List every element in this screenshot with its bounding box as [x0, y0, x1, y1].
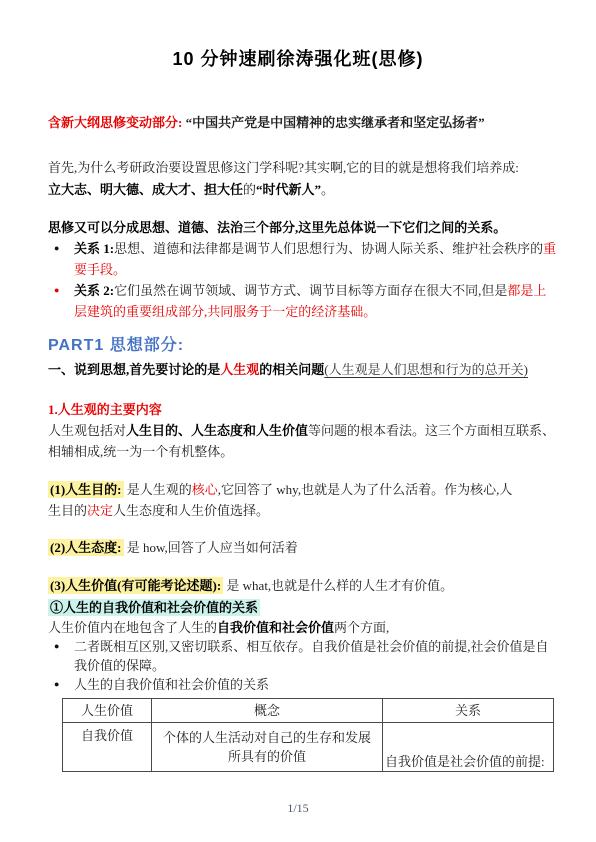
relation-item-1: 关系 1:思想、道德和法律都是调节人们思想行为、协调人际关系、维护社会秩序的重 … [48, 238, 548, 280]
bullet-icon [54, 238, 74, 280]
life-attitude-item: (2)人生态度: 是 how,回答了人应当如何活着 [48, 537, 548, 558]
life-purpose-text-a: 是人生观的 [127, 482, 192, 497]
table-header-life-value: 人生价值 [63, 699, 152, 723]
relation-1-red-start: 重 [543, 241, 556, 256]
value-contains-line: 人生价值内在地包含了人生的自我价值和社会价值两个方面, [48, 618, 548, 637]
relation-2-red-start: 都是上 [507, 283, 546, 298]
life-purpose-item: (1)人生目的: 是人生观的核心,它回答了 why,也就是人为了什么活着。作为核… [48, 479, 548, 521]
relation-1-text: 思想、道德和法律都是调节人们思想行为、协调人际关系、维护社会秩序的 [114, 241, 543, 256]
bullet-icon-red [54, 280, 74, 322]
values-table: 人生价值 概念 关系 自我价值 个体的人生活动对自己的生存和发展 所具有的价值 … [62, 698, 554, 772]
life-purpose-core-red: 核心 [192, 482, 218, 497]
life-view-line-1: 人生观包括对人生目的、人生态度和人生价值等问题的根本看法。这三个方面相互联系、 [48, 420, 548, 441]
bullet-icon [54, 637, 74, 675]
intro-line-2-end: 。 [321, 182, 334, 197]
table-cell-concept: 个体的人生活动对自己的生存和发展 所具有的价值 [152, 723, 383, 772]
table-row-self-value: 自我价值 个体的人生活动对自己的生存和发展 所具有的价值 自我价值是社会价值的前… [63, 723, 554, 772]
life-value-label-highlight: (3)人生价值(有可能考论述题): [48, 577, 223, 594]
life-view-post: 等问题的根本看法。这三个方面相互联系、 [308, 423, 555, 438]
relation-1-line-2: 要手段。 [74, 259, 548, 280]
table-cell-relation: 自我价值是社会价值的前提: [383, 723, 554, 772]
section-1-post: 的相关问题 [259, 362, 324, 377]
life-view-bold: 人生目的、人生态度和人生价值 [126, 423, 308, 438]
value-bullet-1: 二者既相互区别,又密切联系、相互依存。自我价值是社会价值的前提,社会价值是自 我… [48, 637, 548, 675]
intro-line-1: 首先,为什么考研政治要设置思修这门学科呢?其实啊,它的目的就是想将我们培养成: [48, 157, 548, 179]
concept-line-1: 个体的人生活动对自己的生存和发展 [152, 728, 382, 747]
life-attitude-text: 是 how,回答了人应当如何活着 [127, 540, 298, 555]
new-outline-label: 含新大纲思修变动部分: [48, 115, 182, 130]
value-bullet-1-line-2: 我价值的保障。 [74, 656, 548, 675]
table-cell-self-value: 自我价值 [63, 723, 152, 772]
life-purpose-line-1: (1)人生目的: 是人生观的核心,它回答了 why,也就是人为了什么活着。作为核… [48, 479, 548, 500]
relation-2-line-1: 关系 2:它们虽然在调节领域、调节方式、调节目标等方面存在很大不同,但是都是上 [74, 280, 548, 301]
life-attitude-label-highlight: (2)人生态度: [48, 539, 124, 556]
section-1-pre: 一、说到思想,首先要讨论的是 [48, 362, 220, 377]
life-purpose-label-highlight: (1)人生目的: [48, 481, 124, 498]
self-social-value-section: 人生价值内在地包含了人生的自我价值和社会价值两个方面, 二者既相互区别,又密切联… [48, 618, 548, 694]
page-title: 10 分钟速刷徐涛强化班(思修) [48, 0, 548, 72]
intro-line-2: 立大志、明大德、成大才、担大任的“时代新人”。 [48, 179, 548, 201]
life-purpose-decide-red: 决定 [87, 503, 113, 518]
life-view-line-2: 相辅相成,统一为一个有机整体。 [48, 441, 548, 462]
relation-2-line-2: 层建筑的重要组成部分,共同服务于一定的经济基础。 [74, 301, 548, 322]
value-contains-post: 两个方面, [334, 620, 389, 635]
new-era-person-bold: “时代新人” [256, 182, 321, 197]
bullet-icon [54, 675, 74, 694]
table-header-concept: 概念 [152, 699, 383, 723]
new-outline-note: 含新大纲思修变动部分: “中国共产党是中国精神的忠实继承者和坚定弘扬者” [48, 114, 548, 131]
relations-header: 思修又可以分成思想、道德、法治三个部分,这里先总体说一下它们之间的关系。 [48, 217, 548, 238]
life-purpose-text-c: 生目的 [48, 503, 87, 518]
value-bullet-2: 人生的自我价值和社会价值的关系 [48, 675, 548, 694]
table-header-row: 人生价值 概念 关系 [63, 699, 554, 723]
life-value-item: (3)人生价值(有可能考论述题): 是 what,也就是什么样的人生才有价值。 [48, 575, 548, 596]
section-1-underlined-note: (人生观是人们思想和行为的总开关) [324, 362, 528, 377]
life-purpose-line-2: 生目的决定人生态度和人生价值选择。 [48, 500, 548, 521]
document-page: 10 分钟速刷徐涛强化班(思修) 含新大纲思修变动部分: “中国共产党是中国精神… [0, 0, 596, 842]
page-number: 1/15 [0, 801, 596, 816]
life-view-paragraph: 人生观包括对人生目的、人生态度和人生价值等问题的根本看法。这三个方面相互联系、 … [48, 420, 548, 462]
relation-2-text: 它们虽然在调节领域、调节方式、调节目标等方面存在很大不同,但是 [114, 283, 507, 298]
life-purpose-text-b: ,它回答了 why,也就是人为了什么活着。作为核心,人 [218, 482, 513, 497]
value-contains-bold: 自我价值和社会价值 [217, 620, 334, 635]
intro-paragraph: 首先,为什么考研政治要设置思修这门学科呢?其实啊,它的目的就是想将我们培养成: … [48, 157, 548, 201]
relation-1-line-1: 关系 1:思想、道德和法律都是调节人们思想行为、协调人际关系、维护社会秩序的重 [74, 238, 548, 259]
intro-line-2-mid: 的 [243, 182, 256, 197]
concept-line-2: 所具有的价值 [152, 747, 382, 766]
training-goals-bold: 立大志、明大德、成大才、担大任 [48, 182, 243, 197]
value-bullet-2-line: 人生的自我价值和社会价值的关系 [74, 675, 548, 694]
section-1-heading: 一、说到思想,首先要讨论的是人生观的相关问题(人生观是人们思想和行为的总开关) [48, 359, 548, 380]
part1-heading: PART1 思想部分: [48, 335, 548, 357]
life-value-text: 是 what,也就是什么样的人生才有价值。 [226, 578, 453, 593]
table-header-relation: 关系 [383, 699, 554, 723]
self-social-value-heading: ①人生的自我价值和社会价值的关系 [48, 597, 548, 618]
relation-item-2: 关系 2:它们虽然在调节领域、调节方式、调节目标等方面存在很大不同,但是都是上 … [48, 280, 548, 322]
life-purpose-text-d: 人生态度和人生价值选择。 [113, 503, 269, 518]
self-social-value-heading-highlight: ①人生的自我价值和社会价值的关系 [48, 599, 260, 616]
life-view-subheading: 1.人生观的主要内容 [48, 399, 548, 420]
value-contains-pre: 人生价值内在地包含了人生的 [48, 620, 217, 635]
relation-2-label: 关系 2: [74, 283, 114, 298]
life-view-pre: 人生观包括对 [48, 423, 126, 438]
section-1-keyword: 人生观 [220, 362, 259, 377]
value-bullet-1-line-1: 二者既相互区别,又密切联系、相互依存。自我价值是社会价值的前提,社会价值是自 [74, 637, 548, 656]
relation-1-label: 关系 1: [74, 241, 114, 256]
new-outline-quote: “中国共产党是中国精神的忠实继承者和坚定弘扬者” [186, 115, 485, 130]
